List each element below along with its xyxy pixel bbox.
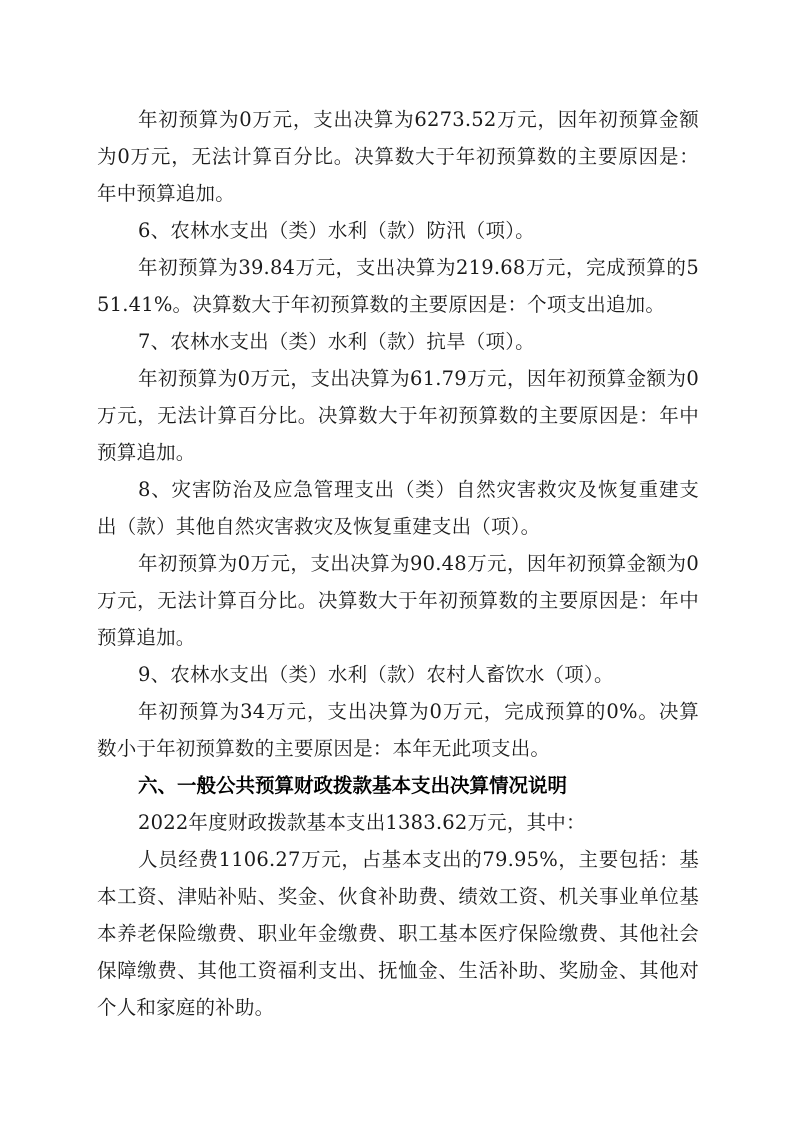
paragraph-item7-title: 7、农林水支出（类）水利（款）抗旱（项）。 [97,323,699,360]
paragraph-item6-explanation: 年初预算为39.84万元，支出决算为219.68万元，完成预算的551.41%。… [97,249,699,323]
paragraph-basic-expenditure-total: 2022年度财政拨款基本支出1383.62万元，其中： [97,804,699,841]
paragraph-item7-explanation: 年初预算为0万元，支出决算为61.79万元，因年初预算金额为0万元，无法计算百分… [97,360,699,471]
document-page: 年初预算为0万元，支出决算为6273.52万元，因年初预算金额为0万元，无法计算… [97,101,699,1026]
section-heading-six: 六、一般公共预算财政拨款基本支出决算情况说明 [97,767,699,804]
paragraph-item9-title: 9、农林水支出（类）水利（款）农村人畜饮水（项）。 [97,656,699,693]
paragraph-personnel-expenses: 人员经费1106.27万元，占基本支出的79.95%，主要包括：基本工资、津贴补… [97,841,699,1026]
paragraph-item8-explanation: 年初预算为0万元，支出决算为90.48万元，因年初预算金额为0万元，无法计算百分… [97,545,699,656]
paragraph-item9-explanation: 年初预算为34万元，支出决算为0万元，完成预算的0%。决算数小于年初预算数的主要… [97,693,699,767]
paragraph-item5-explanation: 年初预算为0万元，支出决算为6273.52万元，因年初预算金额为0万元，无法计算… [97,101,699,212]
paragraph-item8-title: 8、灾害防治及应急管理支出（类）自然灾害救灾及恢复重建支出（款）其他自然灾害救灾… [97,471,699,545]
paragraph-item6-title: 6、农林水支出（类）水利（款）防汛（项）。 [97,212,699,249]
